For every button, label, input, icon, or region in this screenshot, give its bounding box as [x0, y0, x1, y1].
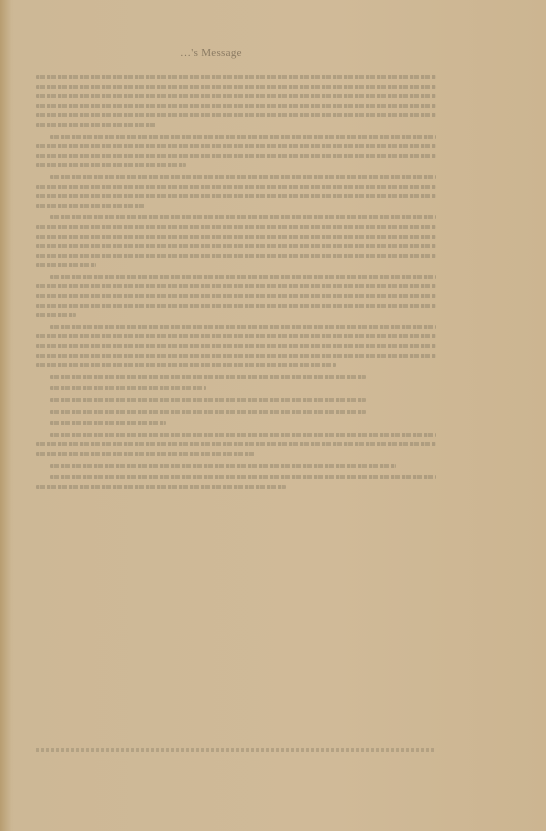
text-line [36, 301, 436, 311]
text-line [36, 82, 436, 92]
text-line [36, 212, 436, 222]
text-line [36, 172, 436, 182]
text-line [36, 430, 436, 440]
text-line [36, 331, 436, 341]
paragraph [36, 322, 436, 370]
text-line [36, 310, 436, 320]
text-line [36, 260, 436, 270]
text-line [36, 281, 436, 291]
text-line [36, 72, 436, 82]
paragraph [36, 418, 436, 428]
text-line [36, 439, 436, 449]
text-line [36, 120, 436, 130]
text-line [36, 272, 436, 282]
paragraph [36, 430, 436, 459]
text-line [36, 110, 436, 120]
text-line [36, 241, 436, 251]
footer-line [36, 746, 436, 754]
paragraph [36, 132, 436, 170]
paragraph [36, 461, 436, 471]
text-line [36, 151, 436, 161]
paragraph [36, 72, 436, 130]
paragraph [36, 472, 436, 491]
text-line [36, 372, 436, 382]
page-spine-shadow [0, 0, 12, 831]
text-line [36, 91, 436, 101]
text-line [36, 360, 436, 370]
paragraph [36, 272, 436, 320]
text-line [36, 482, 436, 492]
text-line [36, 472, 436, 482]
text-line [36, 351, 436, 361]
text-line [36, 232, 436, 242]
text-line [36, 449, 436, 459]
page-body-text [36, 72, 436, 493]
text-line [36, 160, 436, 170]
text-line [36, 191, 436, 201]
text-line [36, 132, 436, 142]
text-line [36, 341, 436, 351]
text-line [36, 141, 436, 151]
text-line [36, 101, 436, 111]
text-line [36, 291, 436, 301]
text-line [36, 222, 436, 232]
paragraph [36, 212, 436, 270]
text-line [36, 461, 436, 471]
text-line [36, 395, 436, 405]
text-line [36, 182, 436, 192]
scanned-page: …'s Message [0, 0, 546, 831]
running-head: …'s Message [180, 47, 242, 59]
text-line [36, 407, 436, 417]
text-line [36, 251, 436, 261]
text-line [36, 418, 436, 428]
text-line [36, 383, 436, 393]
text-line [36, 201, 436, 211]
paragraph [36, 372, 436, 382]
paragraph [36, 383, 436, 393]
page-header: …'s Message [60, 47, 436, 61]
text-line [36, 322, 436, 332]
paragraph [36, 395, 436, 405]
paragraph [36, 172, 436, 210]
paragraph [36, 407, 436, 417]
